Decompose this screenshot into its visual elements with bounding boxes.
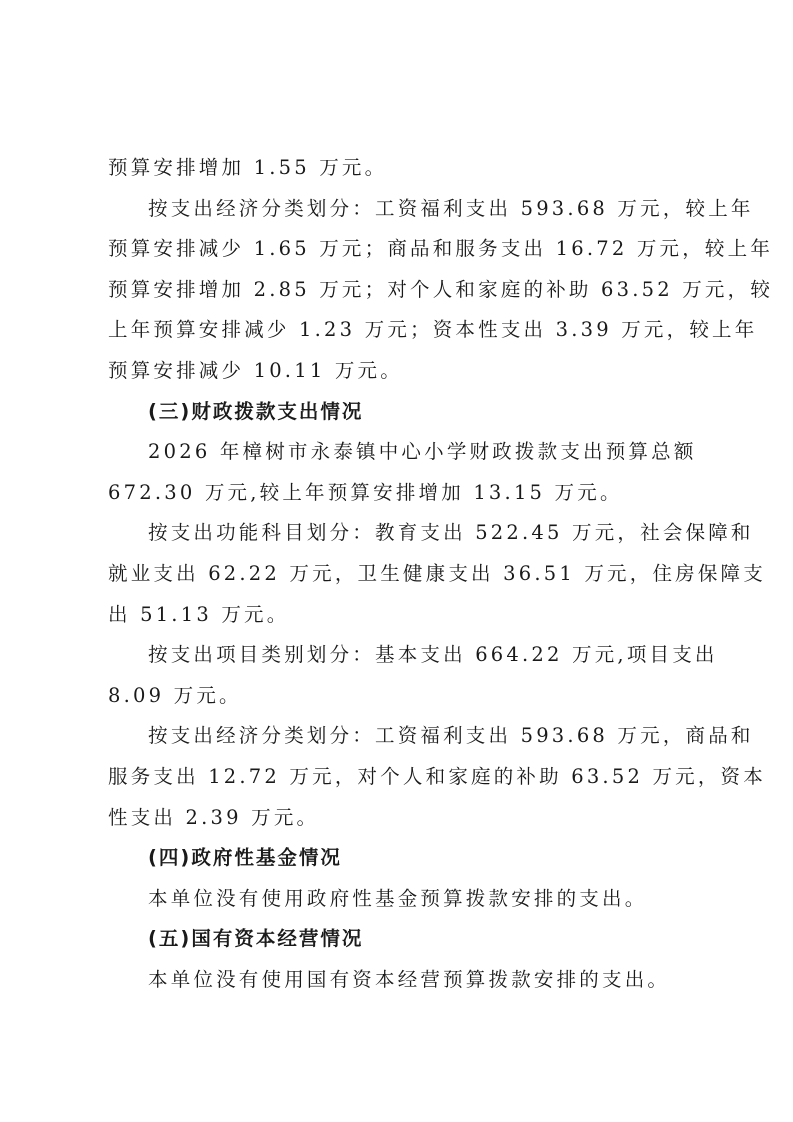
- section-heading-fiscal-appropriation: (三)财政拨款支出情况: [108, 392, 688, 433]
- paragraph-line: 上年预算安排减少 1.23 万元；资本性支出 3.39 万元，较上年: [108, 310, 688, 351]
- paragraph-line: 按支出功能科目划分：教育支出 522.45 万元，社会保障和: [108, 513, 688, 554]
- paragraph-line: 672.30 万元,较上年预算安排增加 13.15 万元。: [108, 473, 688, 514]
- section-heading-state-capital: (五)国有资本经营情况: [108, 919, 688, 960]
- paragraph-government-fund: 本单位没有使用政府性基金预算拨款安排的支出。: [108, 879, 688, 920]
- paragraph-economic-classification: 按支出经济分类划分：工资福利支出 593.68 万元，商品和 服务支出 12.7…: [108, 716, 688, 838]
- paragraph-line: 服务支出 12.72 万元，对个人和家庭的补助 63.52 万元，资本: [108, 757, 688, 798]
- paragraph-line: 预算安排增加 2.85 万元；对个人和家庭的补助 63.52 万元，较: [108, 270, 688, 311]
- paragraph-project-category: 按支出项目类别划分：基本支出 664.22 万元,项目支出 8.09 万元。: [108, 635, 688, 716]
- paragraph-line: 按支出经济分类划分：工资福利支出 593.68 万元，商品和: [108, 716, 688, 757]
- paragraph-line: 2026 年樟树市永泰镇中心小学财政拨款支出预算总额: [108, 432, 688, 473]
- paragraph-economic-classification-comparison: 按支出经济分类划分：工资福利支出 593.68 万元，较上年 预算安排减少 1.…: [108, 189, 688, 392]
- section-heading-government-fund: (四)政府性基金情况: [108, 838, 688, 879]
- paragraph-line: 预算安排减少 10.11 万元。: [108, 351, 688, 392]
- paragraph-line: 预算安排减少 1.65 万元；商品和服务支出 16.72 万元，较上年: [108, 229, 688, 270]
- paragraph-functional-classification: 按支出功能科目划分：教育支出 522.45 万元，社会保障和 就业支出 62.2…: [108, 513, 688, 635]
- paragraph-line: 出 51.13 万元。: [108, 595, 688, 636]
- paragraph-line: 就业支出 62.22 万元，卫生健康支出 36.51 万元，住房保障支: [108, 554, 688, 595]
- document-page: 预算安排增加 1.55 万元。 按支出经济分类划分：工资福利支出 593.68 …: [108, 148, 688, 1000]
- paragraph-state-capital: 本单位没有使用国有资本经营预算拨款安排的支出。: [108, 960, 688, 1001]
- paragraph-line: 8.09 万元。: [108, 676, 688, 717]
- paragraph-line: 预算安排增加 1.55 万元。: [108, 148, 688, 189]
- paragraph-line: 性支出 2.39 万元。: [108, 798, 688, 839]
- paragraph-line: 按支出项目类别划分：基本支出 664.22 万元,项目支出: [108, 635, 688, 676]
- paragraph-line: 按支出经济分类划分：工资福利支出 593.68 万元，较上年: [108, 189, 688, 230]
- paragraph-fiscal-total: 2026 年樟树市永泰镇中心小学财政拨款支出预算总额 672.30 万元,较上年…: [108, 432, 688, 513]
